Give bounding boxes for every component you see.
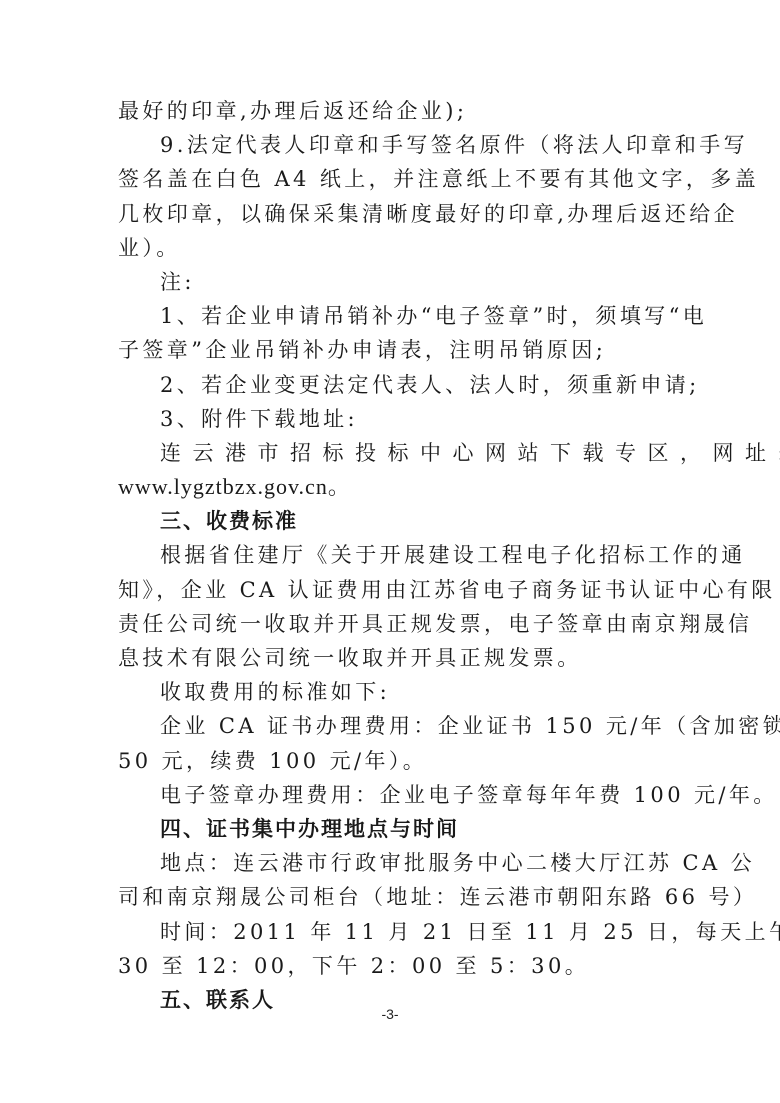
text-line: 50 元，续费 100 元/年）。 <box>118 744 663 778</box>
website-url: www.lygztbzx.gov.cn。 <box>118 470 663 504</box>
time-line: 时间：2011 年 11 月 21 日至 11 月 25 日，每天上午 8: <box>118 915 663 949</box>
text-line: 根据省住建厅《关于开展建设工程电子化招标工作的通 <box>118 538 663 572</box>
signature-fee-line: 电子签章办理费用：企业电子签章每年年费 100 元/年。 <box>118 778 663 812</box>
text-line: 收取费用的标准如下: <box>118 675 663 709</box>
text-line: 司和南京翔晟公司柜台（地址：连云港市朝阳东路 66 号） <box>118 880 663 914</box>
text-line-item-9: 9.法定代表人印章和手写签名原件（将法人印章和手写 <box>118 128 663 162</box>
note-item-3: 3、附件下载地址: <box>118 402 663 436</box>
text-line: 几枚印章，以确保采集清晰度最好的印章,办理后返还给企 <box>118 197 663 231</box>
ca-fee-line: 企业 CA 证书办理费用：企业证书 150 元/年（含加密锁 <box>118 709 663 743</box>
text-line: 业）。 <box>118 231 663 265</box>
text-line: 息技术有限公司统一收取并开具正规发票。 <box>118 641 663 675</box>
text-line: 最好的印章,办理后返还给企业); <box>118 94 663 128</box>
text-line: 30 至 12：00，下午 2：00 至 5：30。 <box>118 949 663 983</box>
text-line: 子签章”企业吊销补办申请表，注明吊销原因; <box>118 333 663 367</box>
text-line: 责任公司统一收取并开具正规发票，电子签章由南京翔晟信 <box>118 607 663 641</box>
section-heading-fees: 三、收费标准 <box>118 504 663 538</box>
text-line: 知》，企业 CA 认证费用由江苏省电子商务证书认证中心有限 <box>118 573 663 607</box>
note-item-2: 2、若企业变更法定代表人、法人时，须重新申请; <box>118 368 663 402</box>
document-page: 最好的印章,办理后返还给企业); 9.法定代表人印章和手写签名原件（将法人印章和… <box>118 94 663 1017</box>
note-label: 注: <box>118 265 663 299</box>
text-line: 签名盖在白色 A4 纸上，并注意纸上不要有其他文字，多盖 <box>118 162 663 196</box>
note-item-1: 1、若企业申请吊销补办“电子签章”时，须填写“电 <box>118 299 663 333</box>
location-line: 地点：连云港市行政审批服务中心二楼大厅江苏 CA 公 <box>118 846 663 880</box>
page-number: -3- <box>0 1006 780 1022</box>
section-heading-location-time: 四、证书集中办理地点与时间 <box>118 812 663 846</box>
download-area-text: 连云港市招标投标中心网站下载专区，网址: <box>118 436 663 470</box>
